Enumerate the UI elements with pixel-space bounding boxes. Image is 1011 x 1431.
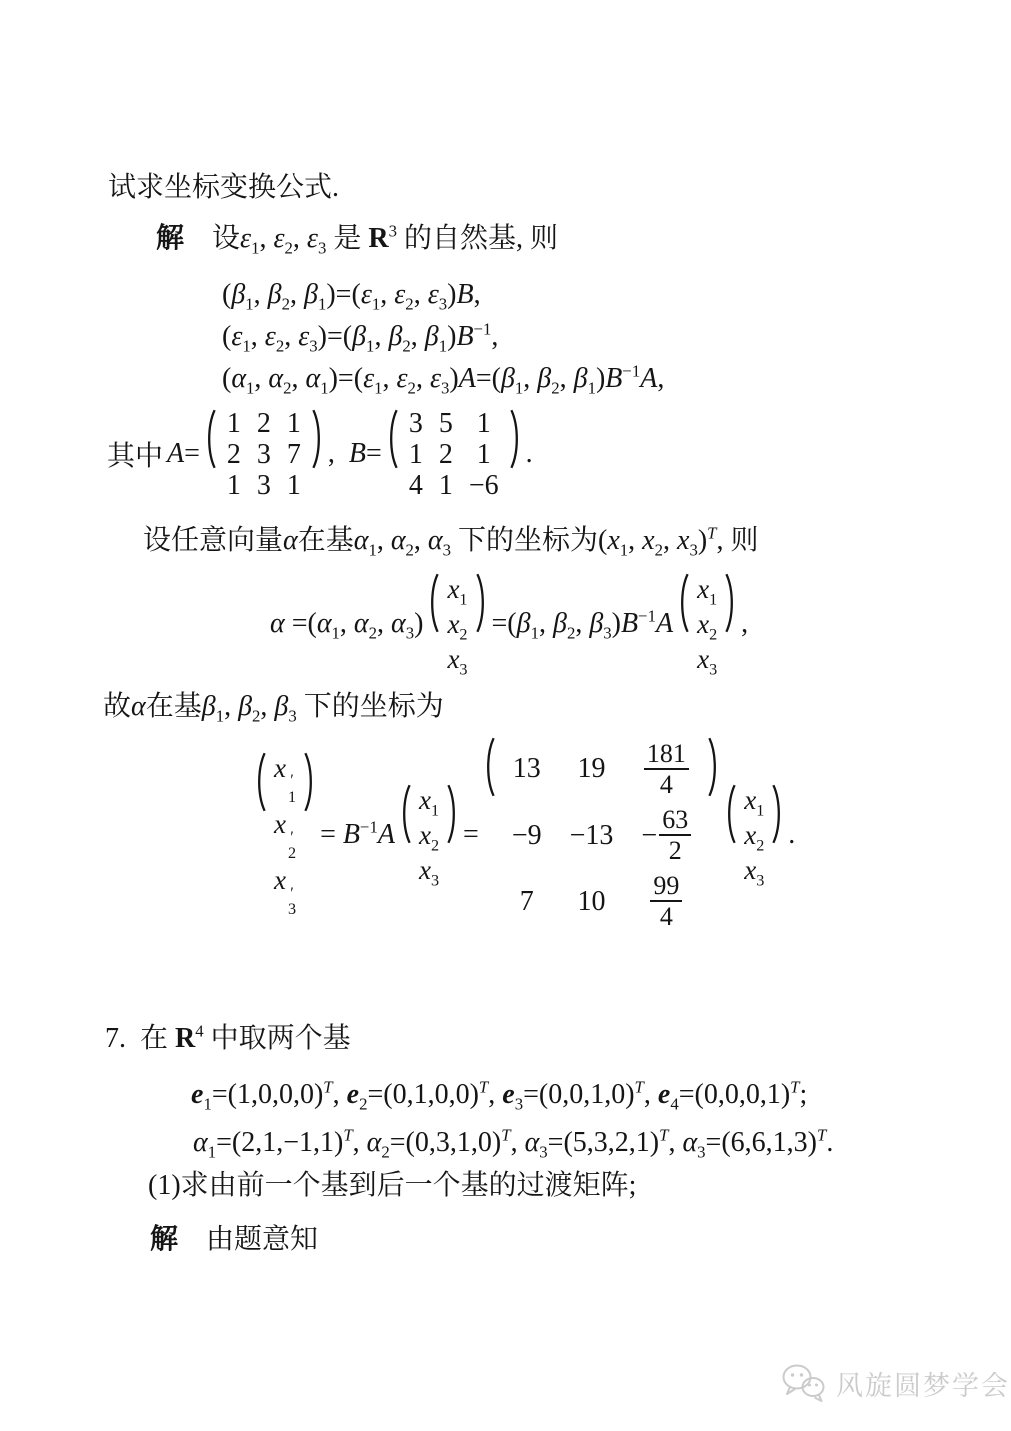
- part1-question-line: (1)求由前一个基到后一个基的过渡矩阵;: [148, 1168, 636, 1204]
- eq-expand-mid: =(β1, β2, β3)B−1A: [492, 608, 674, 640]
- watermark: 风旋圆梦学会: [780, 1363, 1010, 1403]
- matrix-A: 121237131: [205, 408, 323, 501]
- matrix-separator: ,: [328, 438, 335, 470]
- matrix-C-result: 13191814−9−13−632710994: [484, 736, 719, 935]
- solution2-line: 解由题意知: [150, 1222, 318, 1258]
- eq-expand-prefix: α =(α1, α2, α3): [270, 608, 423, 640]
- equation-eps-basis: (ε1, ε2, ε3)=(β1, β2, β1)B−1,: [222, 316, 498, 358]
- vector-x: x1x2x3: [400, 783, 458, 888]
- eq-result-period: .: [788, 819, 795, 851]
- coordinate-line: 设任意向量α在基α1, α2, α3 下的坐标为(x1, x2, x3)T, 则: [143, 521, 759, 561]
- problem7-number: 7.: [105, 1023, 126, 1054]
- eq-expand-comma: ,: [741, 608, 748, 640]
- solution2-label: 解: [150, 1224, 178, 1255]
- conclusion-line: 故α在基β1, β2, β3 下的坐标为: [103, 689, 444, 725]
- solution1-label: 解: [156, 223, 184, 254]
- eq-result-equals: =: [463, 819, 479, 851]
- wechat-icon: [780, 1363, 826, 1403]
- watermark-text: 风旋圆梦学会: [836, 1364, 1010, 1403]
- solution1-line: 解设ε1, ε2, ε3 是 R3 的自然基, 则: [156, 219, 558, 259]
- intro-line: 试求坐标变换公式.: [108, 170, 339, 206]
- problem7-title: 在 R4 中取两个基: [140, 1023, 351, 1054]
- basis-e-line: e1=(1,0,0,0)T, e2=(0,1,0,0)T, e3=(0,0,1,…: [191, 1075, 807, 1115]
- where-period: .: [526, 438, 533, 470]
- equation-expand-row: α =(α1, α2, α3) x1x2x3 =(β1, β2, β3)B−1A…: [268, 568, 750, 680]
- where-label: 其中: [107, 434, 163, 474]
- document-page: 试求坐标变换公式. 解设ε1, ε2, ε3 是 R3 的自然基, 则 (β1,…: [0, 0, 1011, 1431]
- equation-result-row: x′1x′2x′3 = B−1A x1x2x3 = 13191814−9−13−…: [252, 740, 797, 930]
- problem7-title-line: 7.在 R4 中取两个基: [105, 1019, 351, 1059]
- vector-x: x1x2x3: [725, 783, 783, 888]
- matrix-B-prefix: B=: [349, 438, 382, 470]
- equation-beta-basis: (β1, β2, β1)=(ε1, ε2, ε3)B,: [222, 274, 481, 316]
- vector-x: x1x2x3: [678, 572, 736, 677]
- eq-result-mid: = B−1A: [320, 819, 395, 851]
- solution1-text: 设ε1, ε2, ε3 是 R3 的自然基, 则: [212, 223, 558, 254]
- equation-alpha-basis: (α1, α2, α1)=(ε1, ε2, ε3)A=(β1, β2, β1)B…: [222, 358, 664, 400]
- matrix-A-prefix: A=: [167, 438, 200, 470]
- vector-x: x1x2x3: [428, 572, 486, 677]
- matrix-B: 35112141−6: [387, 408, 521, 501]
- where-matrices-row: 其中 A= 121237131 , B= 35112141−6 .: [105, 404, 535, 504]
- solution2-text: 由题意知: [206, 1224, 318, 1255]
- vector-x-prime: x′1x′2x′3: [255, 751, 315, 920]
- basis-alpha-line: α1=(2,1,−1,1)T, α2=(0,3,1,0)T, α3=(5,3,2…: [193, 1123, 833, 1163]
